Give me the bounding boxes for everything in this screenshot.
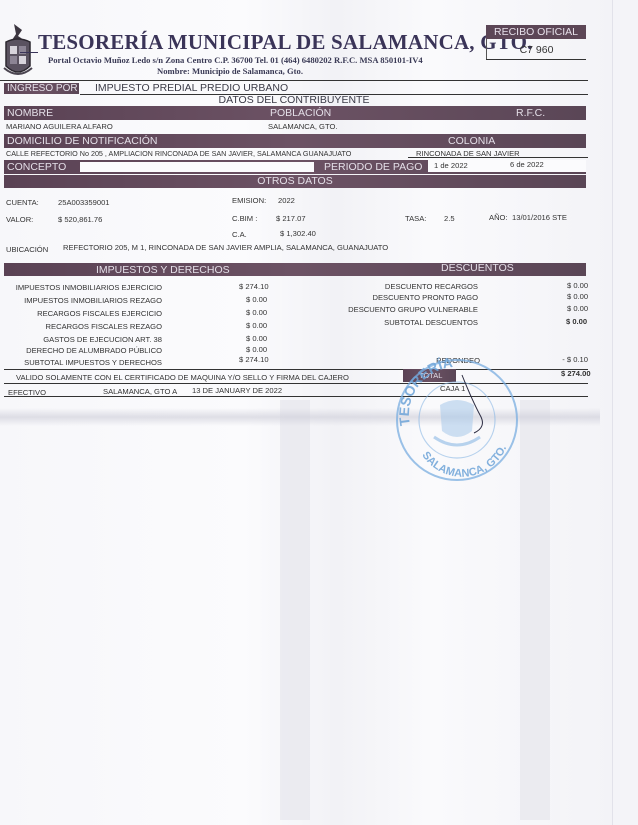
contribuyente-header-bar: NOMBRE POBLACIÓN R.F.C.	[4, 106, 586, 120]
receipt-box: RECIBO OFICIAL C7 960	[486, 25, 586, 60]
domicilio-value: CALLE REFECTORIO No 205 , AMPLIACION RIN…	[6, 149, 351, 158]
cbim-label: C.BIM :	[232, 214, 257, 223]
receipt-label: RECIBO OFICIAL	[486, 25, 586, 39]
otros-datos-bar: OTROS DATOS	[4, 175, 586, 188]
concepto-field	[80, 162, 314, 172]
ubicacion-label: UBICACIÓN	[6, 245, 48, 254]
treasury-seal-stamp-icon: TESORERÍA SALAMANCA, GTO.	[392, 355, 522, 485]
impuesto-item-label: IMPUESTOS INMOBILIARIOS EJERCICIO	[10, 283, 162, 292]
ubicacion-value: REFECTORIO 205, M 1, RINCONADA DE SAN JA…	[63, 243, 388, 252]
paper-fold	[520, 400, 550, 820]
title-underline	[20, 52, 38, 53]
colonia-label: COLONIA	[448, 135, 495, 147]
impuesto-item-amount: $ 274.10	[239, 282, 269, 291]
section-title-otros: OTROS DATOS	[4, 175, 586, 187]
page-title: TESORERÍA MUNICIPAL DE SALAMANCA, GTO.	[38, 30, 533, 55]
impuesto-item-label: RECARGOS FISCALES REZAGO	[10, 322, 162, 331]
cbim-value: $ 217.07	[276, 214, 306, 223]
descuento-item-label: DESCUENTO GRUPO VULNERABLE	[300, 305, 478, 314]
divider	[0, 80, 588, 81]
ingreso-value: IMPUESTO PREDIAL PREDIO URBANO	[95, 82, 288, 94]
ca-label: C.A.	[232, 230, 247, 239]
impuestos-subtotal-amount: $ 274.10	[239, 355, 269, 364]
poblacion-value: SALAMANCA, GTO.	[268, 122, 338, 131]
emision-value: 2022	[278, 196, 295, 205]
domicilio-label: DOMICILIO DE NOTIFICACIÓN	[7, 135, 158, 147]
place-date-prefix: SALAMANCA, GTO A	[103, 387, 177, 396]
redondeo-amount: - $ 0.10	[540, 355, 588, 364]
ingreso-label: INGRESO POR	[4, 83, 79, 94]
paper-fold	[280, 400, 310, 820]
impuestos-descuentos-bar: IMPUESTOS Y DERECHOS DESCUENTOS	[4, 263, 586, 276]
descuento-item-label: DESCUENTO PRONTO PAGO	[300, 293, 478, 302]
tasa-value: 2.5	[444, 214, 455, 223]
descuento-item-label: DESCUENTO RECARGOS	[300, 282, 478, 291]
section-title-impuestos: IMPUESTOS Y DERECHOS	[96, 264, 230, 276]
concepto-label: CONCEPTO	[7, 161, 66, 173]
tasa-label: TASA:	[405, 214, 426, 223]
divider	[486, 59, 586, 60]
impuestos-subtotal-label: SUBTOTAL IMPUESTOS Y DERECHOS	[10, 358, 162, 367]
total-amount: $ 274.00	[561, 369, 591, 378]
periodo-to: 6 de 2022	[510, 160, 544, 169]
receipt-page: TESORERÍA MUNICIPAL DE SALAMANCA, GTO. P…	[0, 0, 613, 825]
nombre-label: NOMBRE	[7, 107, 53, 119]
domicilio-header-bar: DOMICILIO DE NOTIFICACIÓN COLONIA	[4, 134, 586, 148]
anio-value: 13/01/2016 STE	[512, 213, 567, 222]
treasury-name: Nombre: Municipio de Salamanca, Gto.	[0, 66, 460, 76]
impuesto-item-label: DERECHO DE ALUMBRADO PÚBLICO	[10, 346, 162, 355]
impuesto-item-label: GASTOS DE EJECUCION ART. 38	[10, 335, 162, 344]
poblacion-label: POBLACIÓN	[270, 107, 331, 119]
impuesto-item-label: IMPUESTOS INMOBILIARIOS REZAGO	[10, 296, 162, 305]
impuesto-item-amount: $ 0.00	[246, 295, 267, 304]
treasury-address: Portal Octavio Muñoz Ledo s/n Zona Centr…	[48, 55, 423, 65]
divider	[408, 157, 588, 158]
periodo-from: 1 de 2022	[434, 161, 468, 170]
valor-label: VALOR:	[6, 215, 33, 224]
emision-label: EMISION:	[232, 196, 266, 205]
periodo-label: PERIODO DE PAGO	[324, 161, 422, 173]
ca-value: $ 1,302.40	[280, 229, 316, 238]
anio-label: AÑO:	[489, 213, 508, 222]
receipt-number: C7 960	[486, 39, 586, 60]
payment-date: 13 DE JANUARY DE 2022	[192, 386, 282, 395]
descuentos-subtotal-label: SUBTOTAL DESCUENTOS	[300, 318, 478, 327]
impuesto-item-amount: $ 0.00	[246, 345, 267, 354]
impuesto-item-amount: $ 0.00	[246, 334, 267, 343]
validity-note: VALIDO SOLAMENTE CON EL CERTIFICADO DE M…	[16, 373, 349, 382]
section-title-descuentos: DESCUENTOS	[441, 262, 514, 274]
rfc-label: R.F.C.	[516, 107, 545, 119]
valor-value: $ 520,861.76	[58, 215, 102, 224]
nombre-value: MARIANO AGUILERA ALFARO	[6, 122, 113, 131]
cuenta-value: 25A003359001	[58, 198, 110, 207]
descuento-item-amount: $ 0.00	[567, 292, 588, 301]
section-title-contribuyente: DATOS DEL CONTRIBUYENTE	[0, 94, 588, 106]
descuentos-subtotal-amount: $ 0.00	[566, 317, 587, 326]
impuesto-item-label: RECARGOS FISCALES EJERCICIO	[10, 309, 162, 318]
impuesto-item-amount: $ 0.00	[246, 308, 267, 317]
descuento-item-amount: $ 0.00	[567, 304, 588, 313]
descuento-item-amount: $ 0.00	[567, 281, 588, 290]
cuenta-label: CUENTA:	[6, 198, 39, 207]
impuesto-item-amount: $ 0.00	[246, 321, 267, 330]
